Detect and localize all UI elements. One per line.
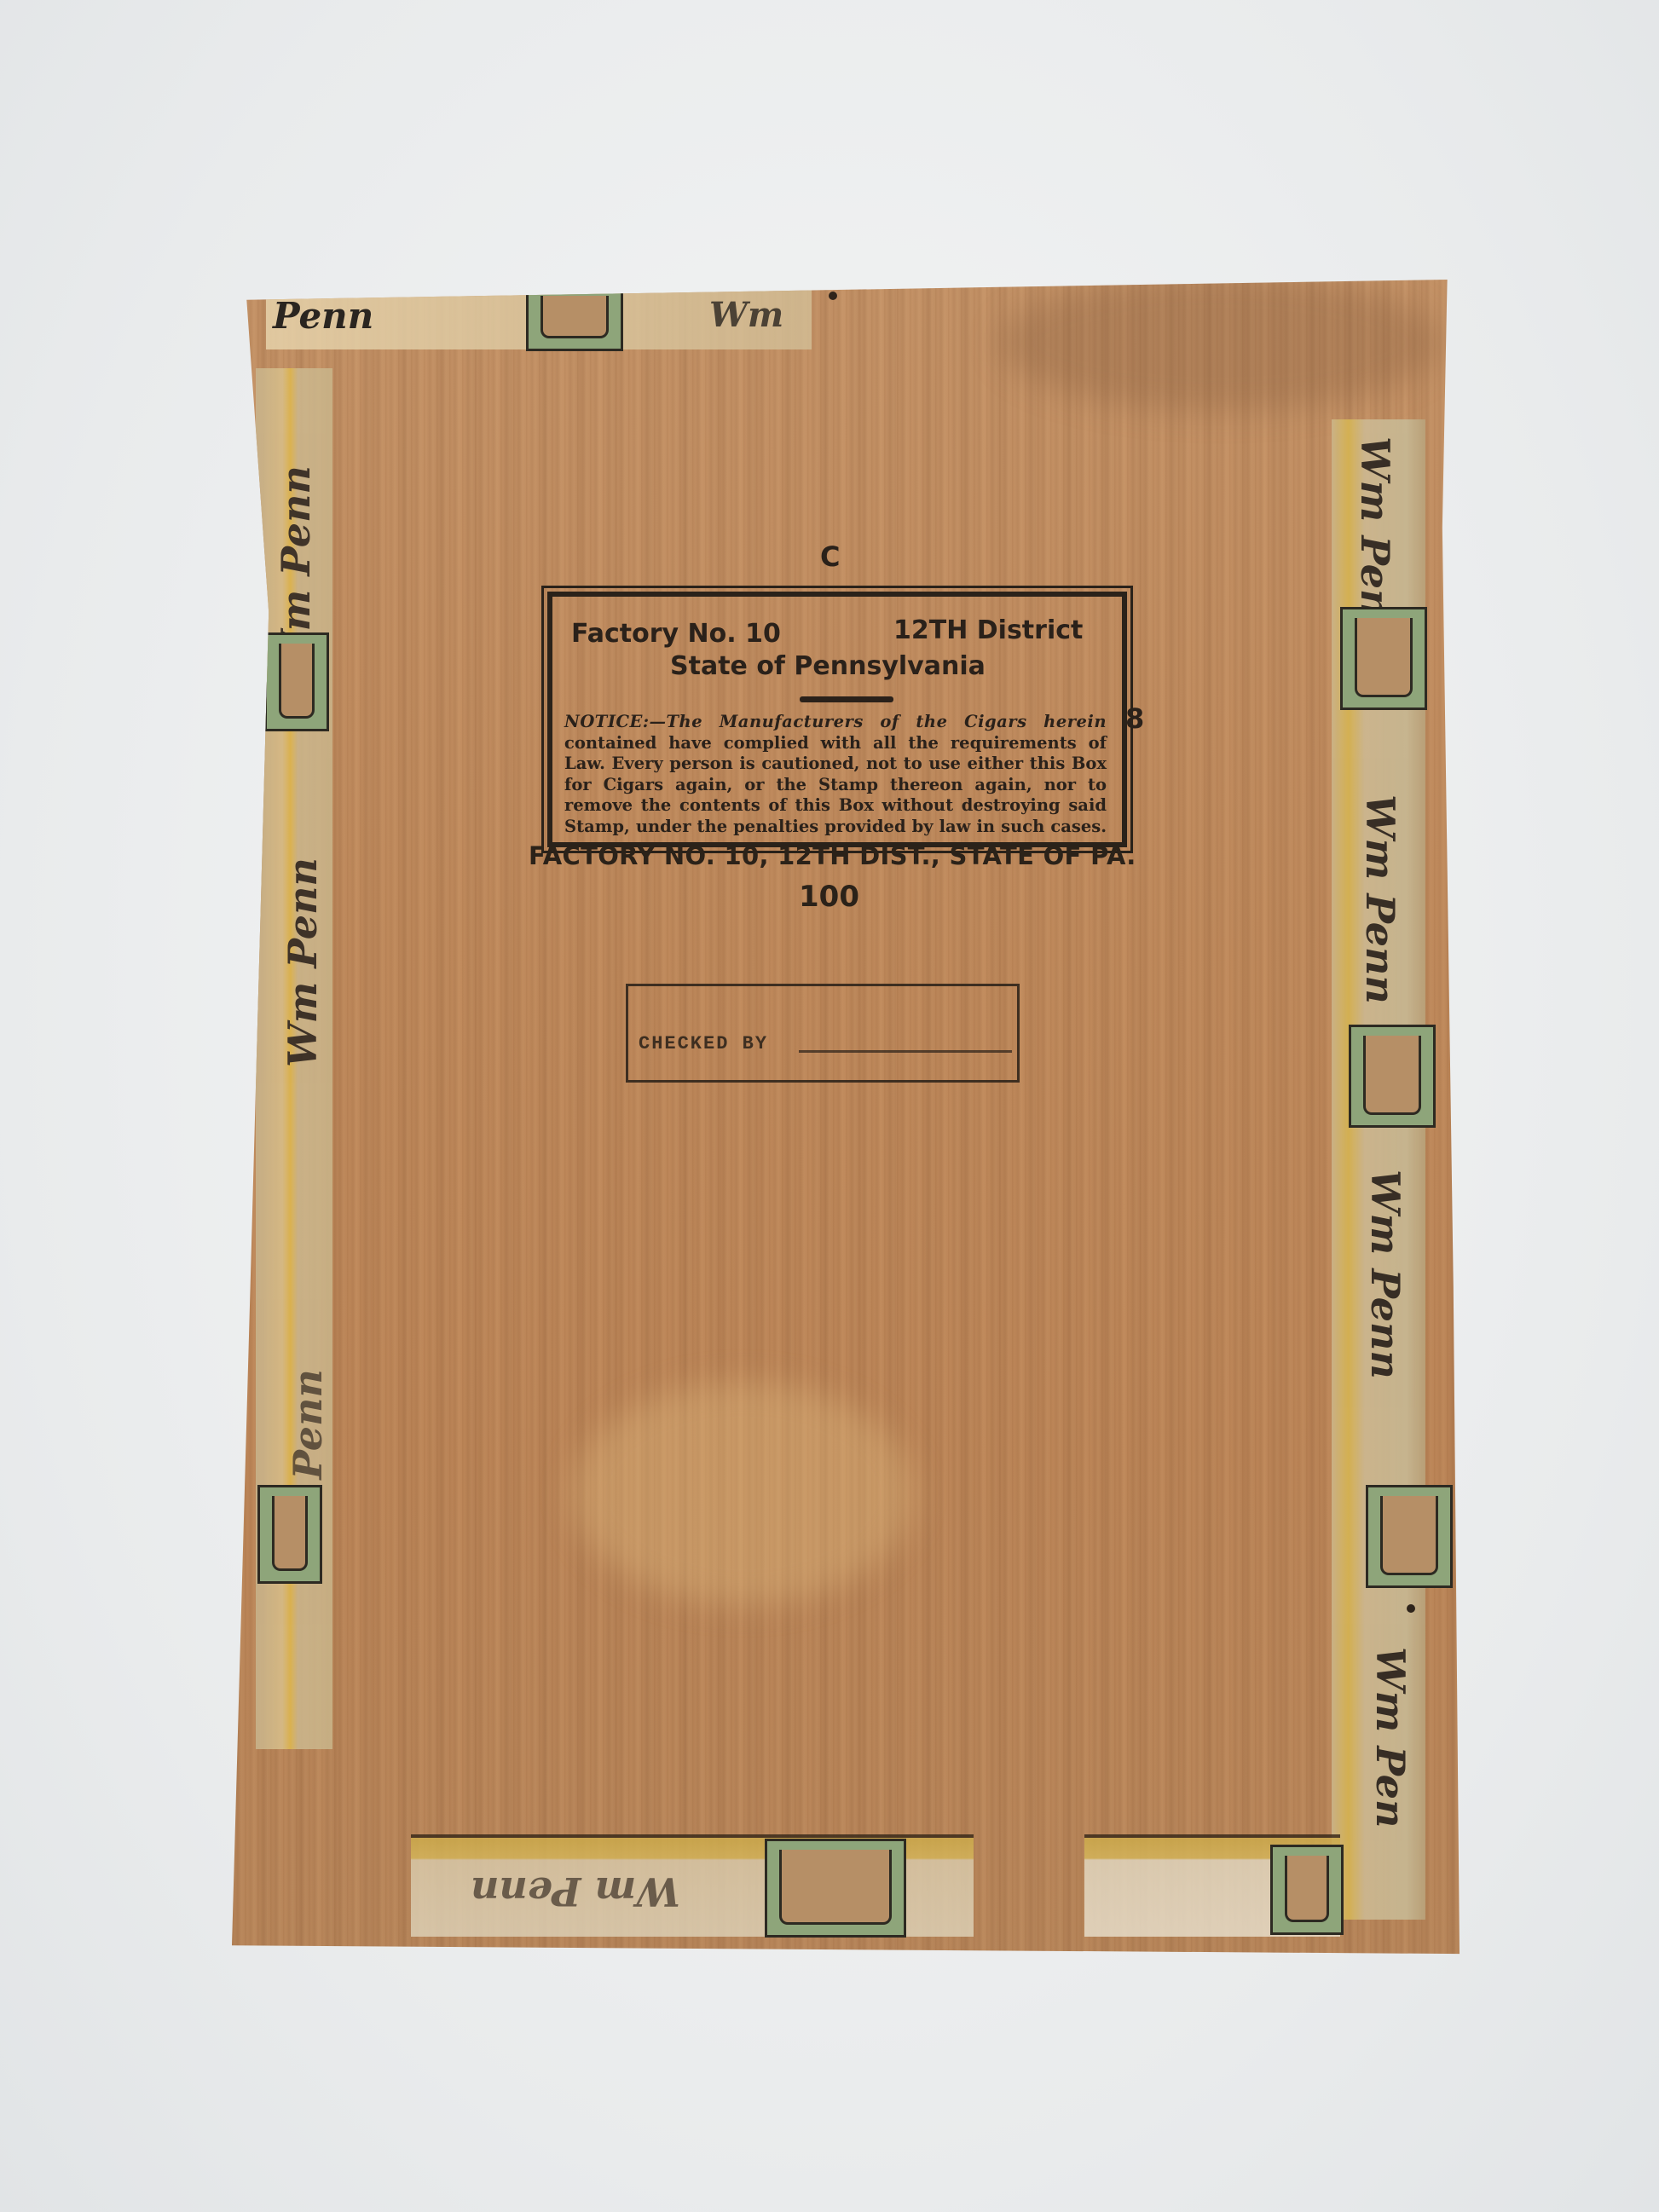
brand-text: Wm Penn xyxy=(280,858,326,1067)
factory-number: Factory No. 10 xyxy=(571,619,781,649)
shield-ornament-icon xyxy=(1340,607,1427,710)
shield-ornament-icon xyxy=(1270,1845,1344,1935)
notice-text: NOTICE:—The Manufacturers of the Cigars … xyxy=(564,712,1107,837)
signature-line xyxy=(799,1050,1012,1053)
wood-stain xyxy=(999,274,1442,411)
wood-stain xyxy=(573,1383,914,1604)
state: State of Pennsylvania xyxy=(670,651,986,681)
notice-body: contained have complied with all the req… xyxy=(564,733,1107,836)
divider xyxy=(800,696,893,702)
brand-text: Wm Pen xyxy=(1367,1647,1413,1828)
brand-text: Wm xyxy=(709,295,783,335)
checked-by-stamp: CHECKED BY xyxy=(626,984,1020,1083)
shield-ornament-icon xyxy=(264,632,329,731)
shield-ornament-icon xyxy=(1366,1485,1453,1588)
stamp-mark-8: 8 xyxy=(1125,702,1144,735)
district: 12TH District xyxy=(893,615,1083,645)
shield-ornament-icon xyxy=(1349,1025,1436,1128)
nail-head-icon xyxy=(829,292,837,300)
notice-lead: NOTICE:—The Manufacturers of the Cigars … xyxy=(564,712,1107,731)
nail-head-icon xyxy=(1407,1604,1415,1613)
tax-stamp-notice: Factory No. 10 12TH District State of Pe… xyxy=(547,592,1127,847)
checked-by-label: CHECKED BY xyxy=(639,1033,768,1054)
brand-text: Wm Penn xyxy=(471,1868,680,1915)
shield-ornament-icon xyxy=(765,1839,906,1938)
brand-text: Wm Penn xyxy=(1357,794,1403,1004)
stamp-mark-c: C xyxy=(820,540,840,573)
factory-line: FACTORY NO. 10, 12TH DIST., STATE OF PA. xyxy=(529,841,1136,870)
brand-text: Penn xyxy=(273,295,373,337)
cigar-count: 100 xyxy=(799,880,859,914)
cigar-box-bottom: Penn Wm Wm Penn Wm Penn Wm Penn Wm Penn … xyxy=(232,274,1460,1962)
shield-ornament-icon xyxy=(257,1485,322,1584)
brand-text: Wm Penn xyxy=(1362,1170,1408,1379)
